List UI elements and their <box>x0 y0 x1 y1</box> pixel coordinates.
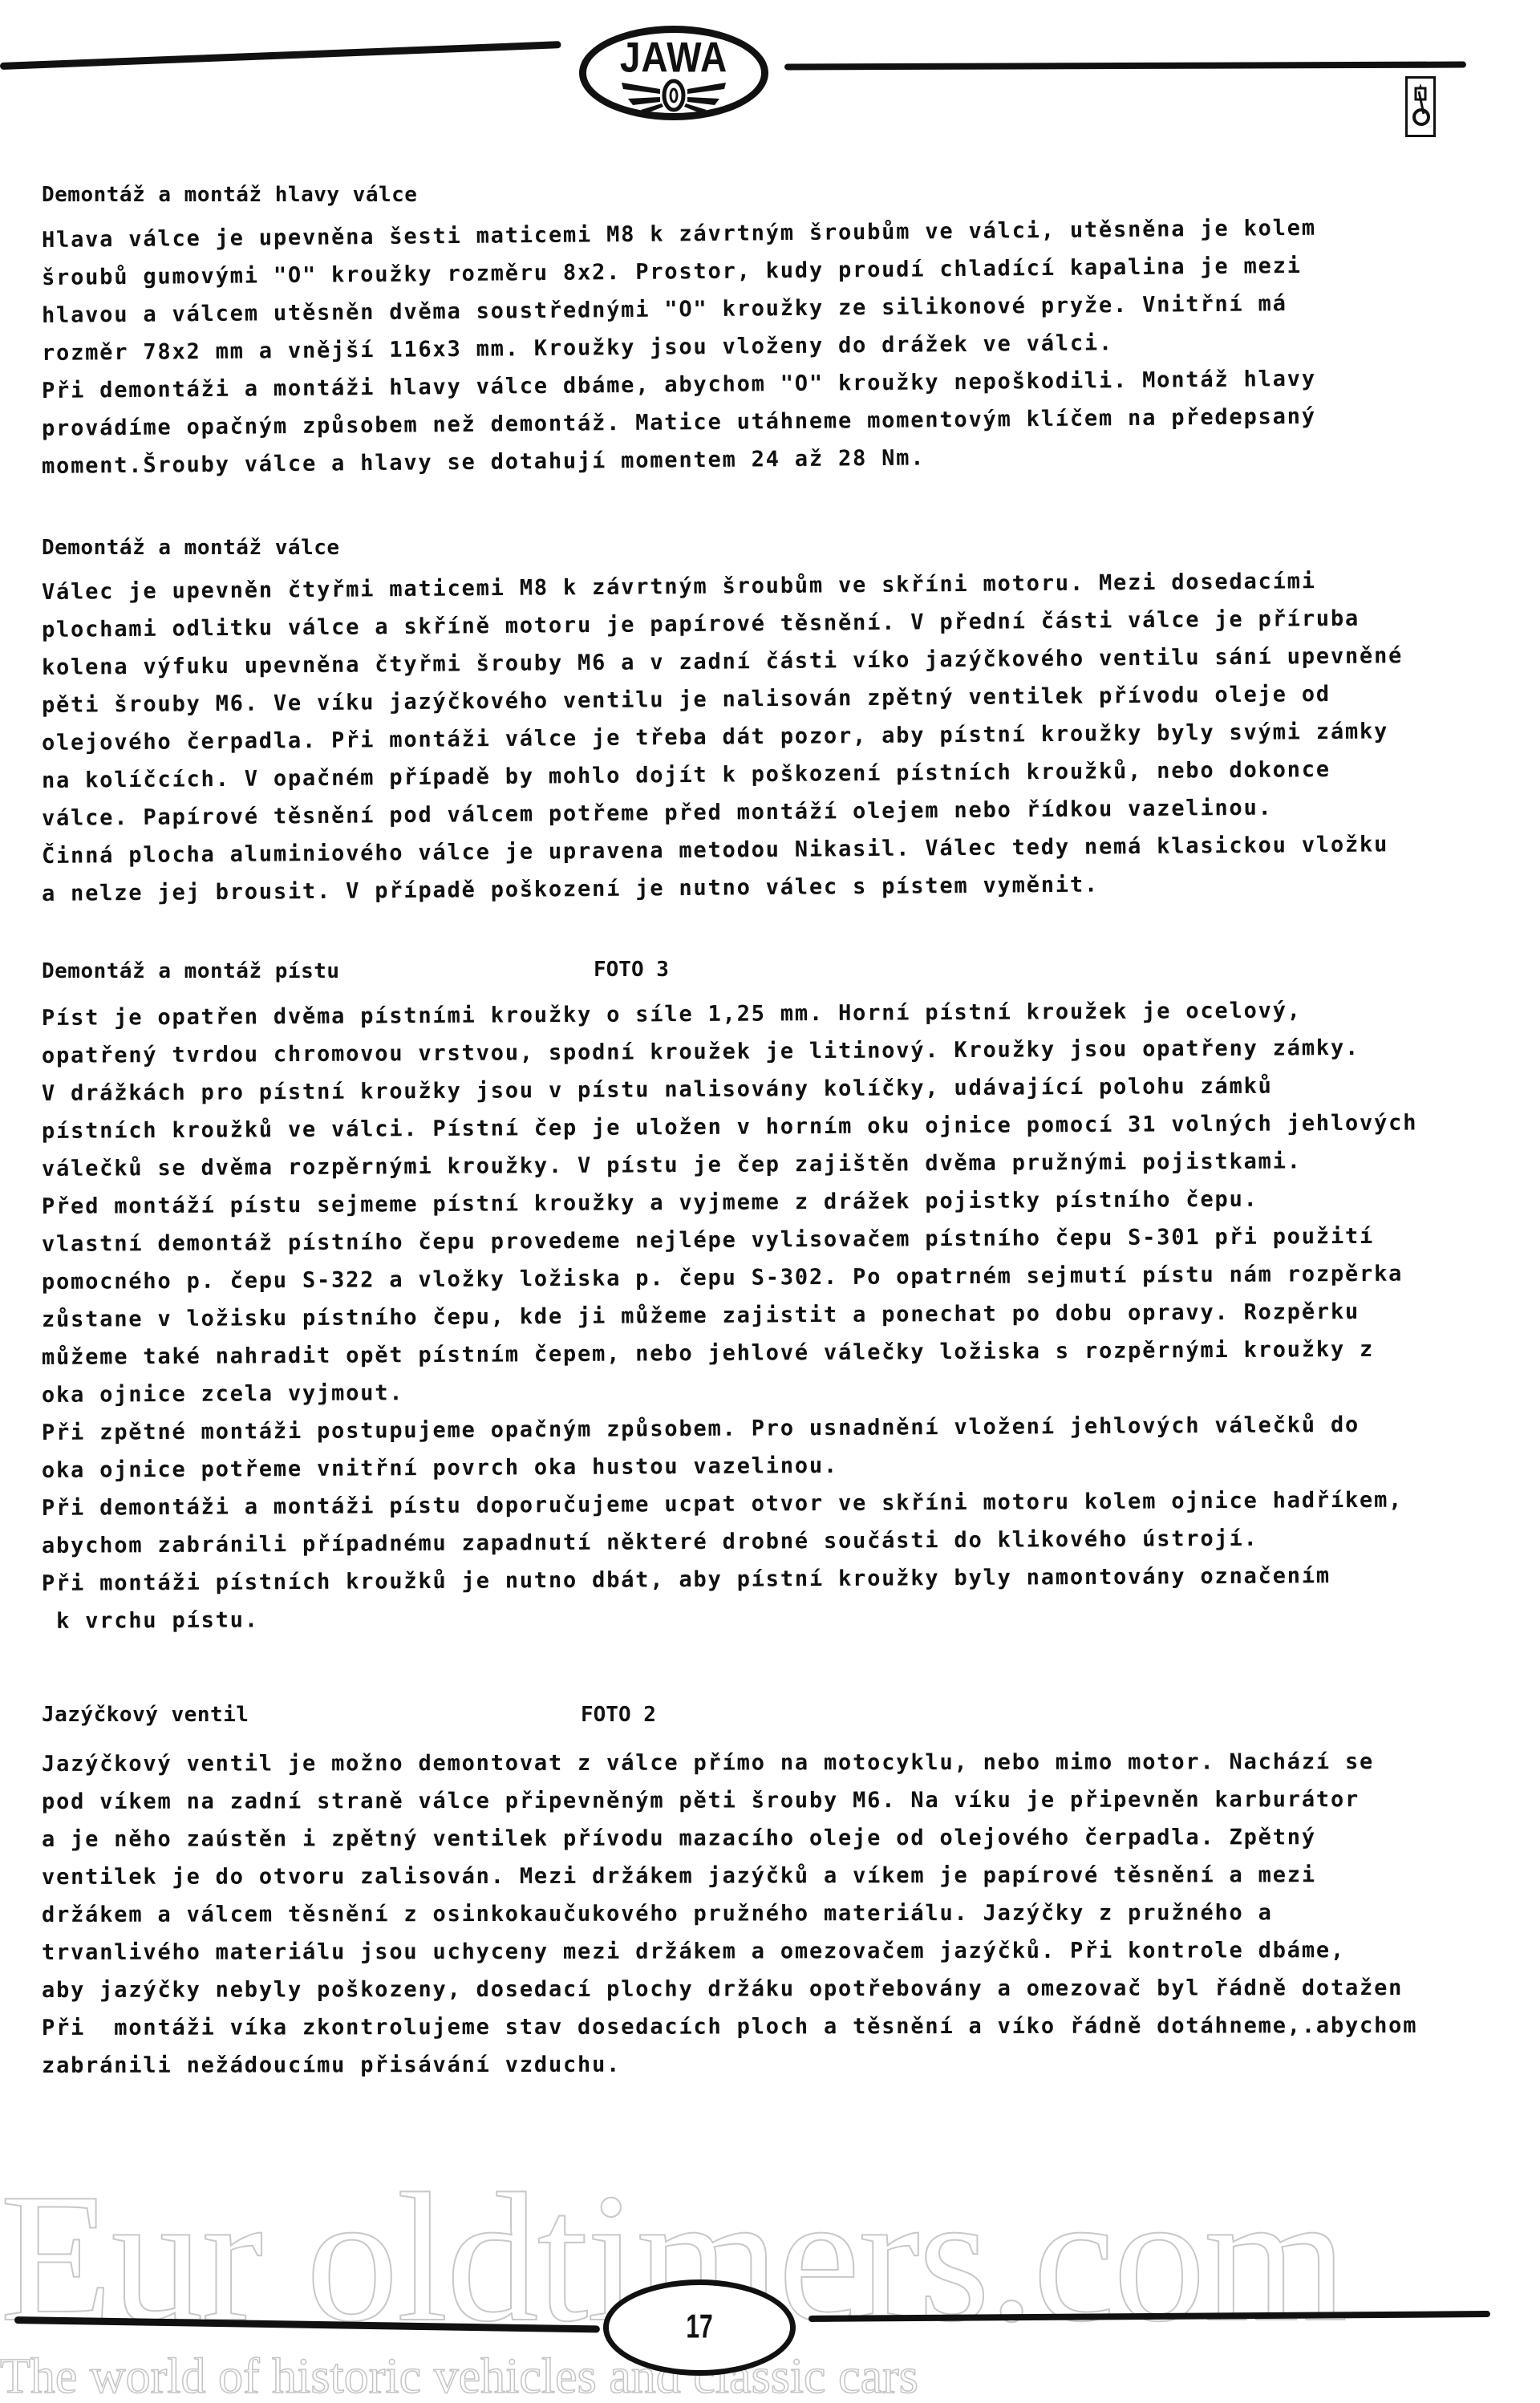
watermark-tagline: The world of historic vehicles and class… <box>0 2352 918 2401</box>
paragraph-line: moment.Šrouby válce a hlavy se dotahují … <box>42 445 926 479</box>
paragraph-line: vlastní demontáž pístního čepu provedeme… <box>42 1224 1374 1257</box>
section-heading-cylinder: Demontáž a montáž válce <box>42 536 340 560</box>
paragraph-line: na kolíčcích. V opačném případě by mohlo… <box>42 757 1331 793</box>
paragraph-line: a nelze jej brousit. V případě poškození… <box>42 872 1099 906</box>
paragraph-line: šroubů gumovými "O" kroužky rozměru 8x2.… <box>42 253 1302 290</box>
paragraph-line: Před montáží pístu sejmeme pístní kroužk… <box>42 1187 1258 1219</box>
paragraph-line: zůstane v ložisku pístního čepu, kde ji … <box>42 1299 1360 1332</box>
paragraph-line: abychom zabránili případnému zapadnutí n… <box>42 1526 1258 1558</box>
paragraph-line: rozměr 78x2 mm a vnější 116x3 mm. Kroužk… <box>42 330 1113 366</box>
wheel-emblem-icon <box>614 78 734 113</box>
paragraph-line: V drážkách pro pístní kroužky jsou v pís… <box>42 1074 1273 1106</box>
paragraph-line: olejového čerpadla. Při montáži válce je… <box>42 719 1388 756</box>
jawa-logo: JAWA <box>579 26 768 120</box>
footer-rule-right <box>808 2311 1490 2322</box>
paragraph-line: Při demontáži a montáži hlavy válce dbám… <box>42 367 1316 403</box>
paragraph-line: válce. Papírové těsnění pod válcem potře… <box>42 796 1273 831</box>
logo-text: JAWA <box>620 34 727 79</box>
paragraph-line: Při montáži pístních kroužků je nutno db… <box>42 1563 1331 1596</box>
paragraph-line: pod víkem na zadní straně válce připevně… <box>42 1787 1360 1814</box>
paragraph-line: držákem a válcem těsnění z osinkokaučuko… <box>42 1900 1273 1927</box>
photo-reference: FOTO 3 <box>594 958 669 982</box>
paragraph-line: Hlava válce je upevněna šesti maticemi M… <box>42 216 1316 253</box>
paragraph-line: Píst je opatřen dvěma pístními kroužky o… <box>42 998 1302 1031</box>
paragraph-line: trvanlivého materiálu jsou uchyceny mezi… <box>42 1938 1345 1965</box>
paragraph-line: Při zpětné montáži postupujeme opačným z… <box>42 1412 1360 1445</box>
paragraph-line: pístních kroužků ve válci. Pístní čep je… <box>42 1111 1417 1144</box>
paragraph-line: oka ojnice zcela vyjmout. <box>42 1380 404 1408</box>
paragraph-line: Při demontáži a montáži pístu doporučuje… <box>42 1488 1403 1521</box>
paragraph-line: opatřený tvrdou chromovou vrstvou, spodn… <box>42 1035 1360 1068</box>
page-number: 17 <box>686 2308 712 2347</box>
section-heading-piston: Demontáž a montáž pístu <box>42 959 340 983</box>
footer-rule-left <box>14 2316 600 2332</box>
paragraph-line: aby jazýčky nebyly poškozeny, dosedací p… <box>42 1975 1403 2003</box>
paragraph-line: ventilek je do otvoru zalisován. Mezi dr… <box>42 1862 1316 1890</box>
paragraph-line: hlavou a válcem utěsněn dvěma soustředný… <box>42 291 1287 328</box>
paragraph-line: Činná plocha aluminiového válce je uprav… <box>42 832 1388 869</box>
paragraph-line: Při montáži víka zkontrolujeme stav dose… <box>42 2013 1417 2040</box>
paragraph-line: můžeme také nahradit opět pístním čepem,… <box>42 1337 1374 1370</box>
paragraph-line: plochami odlitku válce a skříně motoru j… <box>42 606 1360 642</box>
section-heading-cylinder-head: Demontáž a montáž hlavy válce <box>42 183 417 207</box>
paragraph-line: Jazýčkový ventil je možno demontovat z v… <box>42 1749 1374 1777</box>
paragraph-line: provádíme opačným způsobem než demontáž.… <box>42 404 1316 441</box>
paragraph-line: a je něho zaústěn i zpětný ventilek přív… <box>42 1825 1316 1852</box>
paragraph-line: zabránili nežádoucímu přisávání vzduchu. <box>42 2052 621 2078</box>
paragraph-line: pomocného p. čepu S-322 a vložky ložiska… <box>42 1262 1403 1295</box>
paragraph-line: kolena výfuku upevněna čtyřmi šrouby M6 … <box>42 643 1403 680</box>
header-rule-right <box>784 62 1466 71</box>
page-number-badge: 17 <box>603 2279 796 2376</box>
paragraph-line: k vrchu pístu. <box>42 1607 259 1634</box>
paragraph-line: oka ojnice potřeme vnitřní povrch oka hu… <box>42 1453 838 1483</box>
header-rule-left <box>0 41 561 70</box>
photo-reference: FOTO 2 <box>581 1703 656 1727</box>
engine-piston-icon <box>1405 76 1436 137</box>
paragraph-line: válečků se dvěma rozpěrnými kroužky. V p… <box>42 1149 1302 1181</box>
paragraph-line: Válec je upevněn čtyřmi maticemi M8 k zá… <box>42 569 1316 605</box>
section-heading-reed-valve: Jazýčkový ventil <box>42 1703 249 1727</box>
paragraph-line: pěti šrouby M6. Ve víku jazýčkového vent… <box>42 682 1331 718</box>
